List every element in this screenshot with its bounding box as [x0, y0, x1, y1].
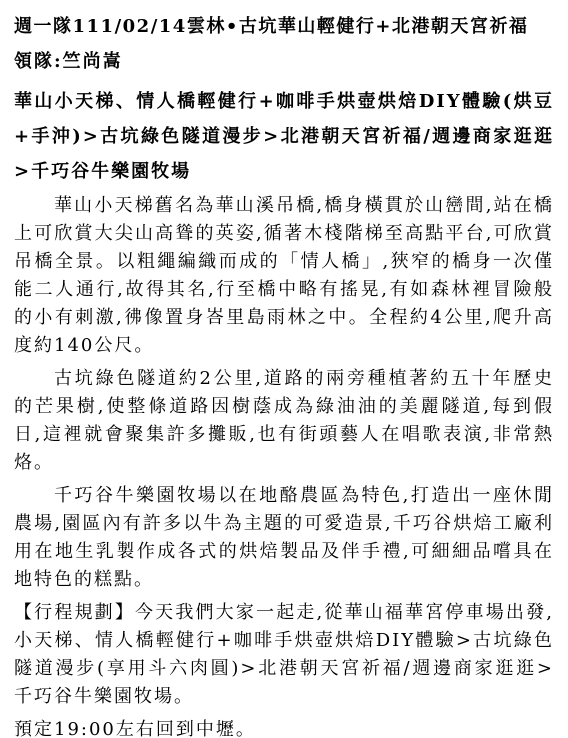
document-body: 華山小天梯舊名為華山溪吊橋,橋身橫貫於山巒間,站在橋上可欣賞大尖山高聳的英姿,循…: [14, 192, 554, 738]
paragraph-2: 古坑綠色隧道約2公里,道路的兩旁種植著約五十年歷史的芒果樹,使整條道路因樹蔭成為…: [14, 365, 554, 477]
document-title: 週一隊111/02/14雲林•古坑華山輕健行+北港朝天宮祈福: [14, 12, 554, 42]
paragraph-1: 華山小天梯舊名為華山溪吊橋,橋身橫貫於山巒間,站在橋上可欣賞大尖山高聳的英姿,循…: [14, 192, 554, 360]
itinerary-headline: 華山小天梯、情人橋輕健行+咖啡手烘壺烘焙DIY體驗(烘豆+手沖)>古坑綠色隧道漫…: [14, 84, 554, 189]
paragraph-4: 【行程規劃】今天我們大家一起走,從華山福華宮停車場出發,小天梯、情人橋輕健行+咖…: [14, 599, 554, 711]
leader-line: 領隊:竺尚嵩: [14, 47, 554, 77]
paragraph-3: 千巧谷牛樂園牧場以在地酪農區為特色,打造出一座休閒農場,園區內有許多以牛為主題的…: [14, 482, 554, 594]
document-page: 週一隊111/02/14雲林•古坑華山輕健行+北港朝天宮祈福 領隊:竺尚嵩 華山…: [0, 0, 568, 738]
paragraph-5: 預定19:00左右回到中壢。: [14, 716, 554, 738]
